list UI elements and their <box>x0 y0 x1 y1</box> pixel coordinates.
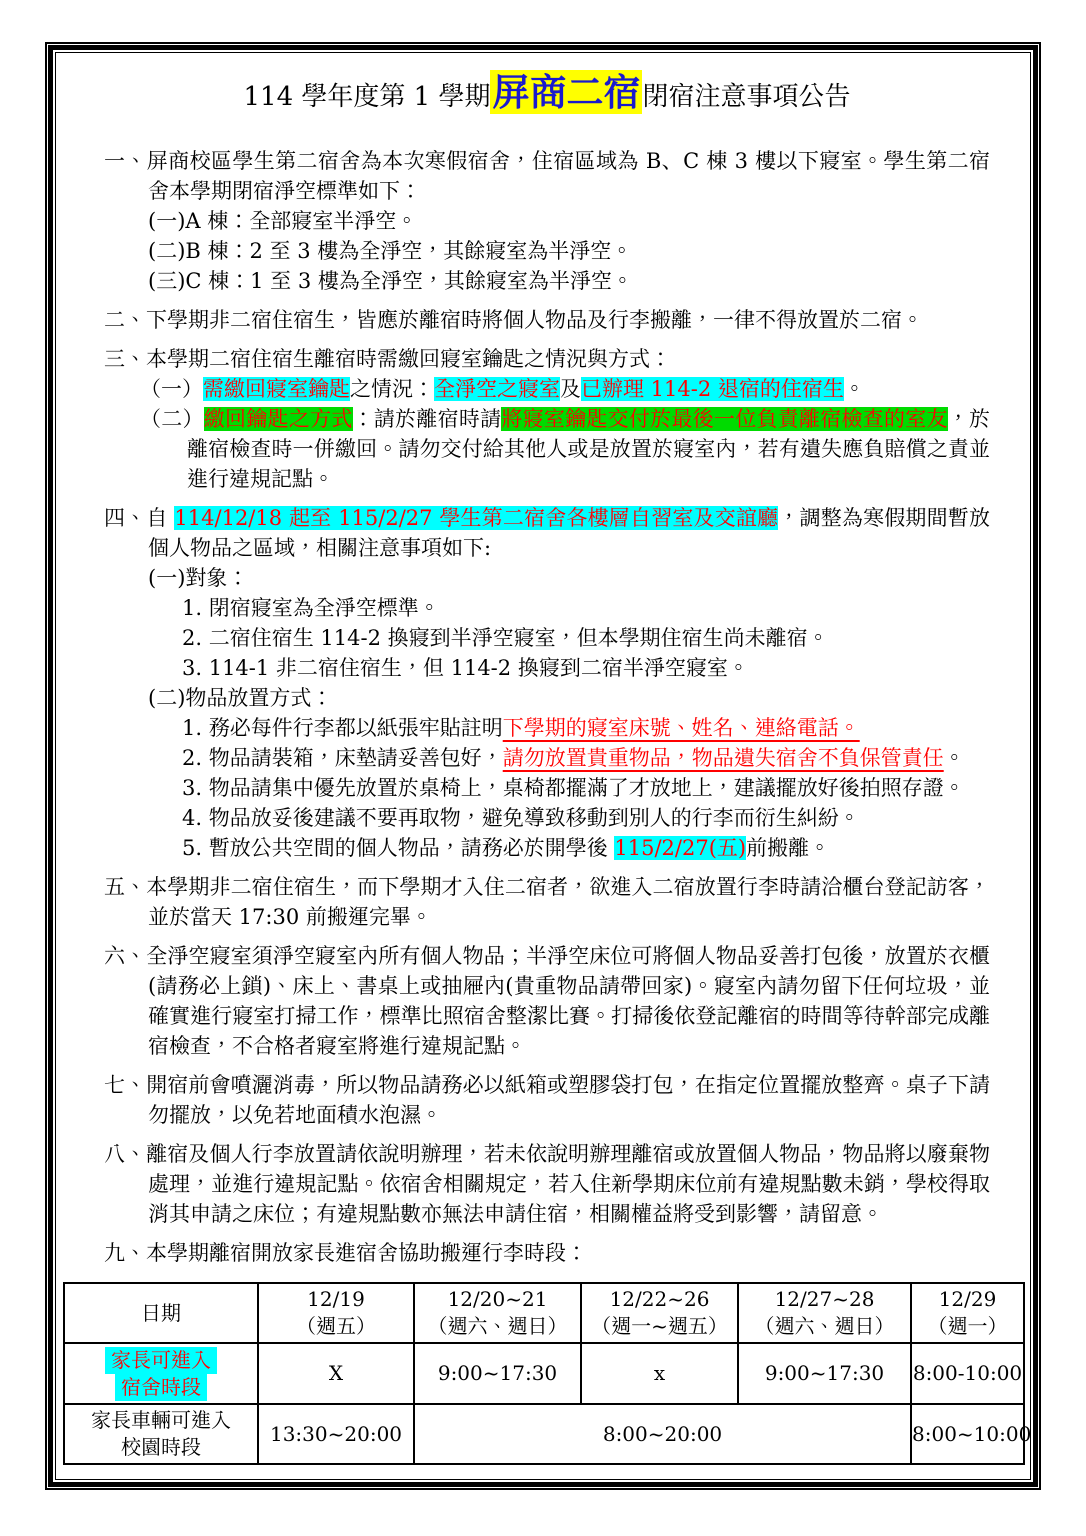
row-label-vehicle: 家長車輛可進入 校園時段 <box>64 1404 258 1464</box>
paragraph: 八、離宿及個人行李放置請依說明辦理，若未依說明辦理離宿或放置個人物品，物品將以廢… <box>104 1139 990 1229</box>
paragraph: 2. 二宿住宿生 114-2 換寢到半淨空寢室，但本學期住宿生尚未離宿。 <box>182 623 990 653</box>
header-cell-1229: 12/29 （週一） <box>911 1283 1024 1343</box>
text-run: （一） <box>140 377 203 401</box>
paragraph: 五、本學期非二宿住宿生，而下學期才入住二宿者，欲進入二宿放置行李時請洽櫃台登記訪… <box>104 872 990 932</box>
header-date: 12/22~26 <box>582 1286 737 1313</box>
paragraph: 三、本學期二宿住宿生離宿時需繳回寢室鑰匙之情況與方式： <box>104 344 990 374</box>
text-run: 5. 暫放公共空間的個人物品，請務必於開學後 <box>182 836 614 860</box>
page-border-inner-line: 114 學年度第 1 學期屏商二宿閉宿注意事項公告 一、屏商校區學生第二宿舍為本… <box>55 52 1031 1480</box>
text-run: (一)對象： <box>148 566 248 590</box>
highlighted-text-run: 114/12/18 起至 115/2/27 學生第二宿舍各樓層自習室及交誼廳 <box>174 506 778 530</box>
header-date: 12/19 <box>259 1286 413 1313</box>
row-label-line2: 校園時段 <box>65 1434 257 1461</box>
paragraph: (三)C 棟：1 至 3 樓為全淨空，其餘寢室為半淨空。 <box>148 266 990 296</box>
row-vehicle-campus-access: 家長車輛可進入 校園時段 13:30~20:00 8:00~20:00 8:00… <box>64 1404 1024 1464</box>
header-date: 12/20~21 <box>415 1286 580 1313</box>
parent-access-schedule-table: 日期 12/19 （週五） 12/20~21 （週六、週日） 12/22~26 … <box>63 1282 1025 1465</box>
table-header-row: 日期 12/19 （週五） 12/20~21 （週六、週日） 12/22~26 … <box>64 1283 1024 1343</box>
header-cell-1222-26: 12/22~26 （週一~週五） <box>581 1283 738 1343</box>
text-run: 七、開宿前會噴灑消毒，所以物品請務必以紙箱或塑膠袋打包，在指定位置擺放整齊。桌子… <box>104 1073 990 1127</box>
header-day: （週一） <box>912 1313 1023 1340</box>
paragraph: 九、本學期離宿開放家長進宿舍協助搬運行李時段： <box>104 1238 990 1268</box>
header-cell-1220-21: 12/20~21 （週六、週日） <box>414 1283 581 1343</box>
paragraph: (一)對象： <box>148 563 990 593</box>
title-highlighted-dorm-name: 屏商二宿 <box>490 70 642 114</box>
text-run: (一)A 棟：全部寢室半淨空。 <box>148 209 417 233</box>
header-day: （週一~週五） <box>582 1313 737 1340</box>
row-label-line1: 家長車輛可進入 <box>65 1407 257 1434</box>
title-suffix: 閉宿注意事項公告 <box>642 82 850 112</box>
row-label-parents-dorm: 家長可進入 宿舍時段 <box>64 1343 258 1404</box>
header-cell-1219: 12/19 （週五） <box>258 1283 414 1343</box>
paragraph: （二）繳回鑰匙之方式：請於離宿時請將寢室鑰匙交付於最後一位負責離宿檢查的室友，於… <box>140 404 990 494</box>
text-run: (二)B 棟：2 至 3 樓為全淨空，其餘寢室為半淨空。 <box>148 239 632 263</box>
text-run: 六、全淨空寢室須淨空寢室內所有個人物品；半淨空床位可將個人物品妥善打包後，放置於… <box>104 944 990 1058</box>
row-label-highlight-line2: 宿舍時段 <box>115 1374 207 1401</box>
text-run: 五、本學期非二宿住宿生，而下學期才入住二宿者，欲進入二宿放置行李時請洽櫃台登記訪… <box>104 875 990 929</box>
paragraph: 2. 物品請裝箱，床墊請妥善包好，請勿放置貴重物品，物品遺失宿舍不負保管責任。 <box>182 743 990 773</box>
paragraph: 3. 物品請集中優先放置於桌椅上，桌椅都擺滿了才放地上，建議擺放好後拍照存證。 <box>182 773 990 803</box>
highlighted-text-run: 請勿放置貴重物品，物品遺失宿舍不負保管責任 <box>503 746 944 770</box>
text-run: 前搬離。 <box>746 836 830 860</box>
highlighted-text-run: 115/2/27(五) <box>614 836 746 860</box>
document-body: 一、屏商校區學生第二宿舍為本次寒假宿舍，住宿區域為 B、C 棟 3 樓以下寢室。… <box>104 146 990 1268</box>
paragraph: 1. 務必每件行李都以紙張牢貼註明下學期的寢室床號、姓名、連絡電話。 <box>182 713 990 743</box>
paragraph: 七、開宿前會噴灑消毒，所以物品請務必以紙箱或塑膠袋打包，在指定位置擺放整齊。桌子… <box>104 1070 990 1130</box>
text-run: ：請於離宿時請 <box>353 407 502 431</box>
highlighted-text-run: 繳回鑰匙之方式 <box>204 407 353 431</box>
text-run: 三、本學期二宿住宿生離宿時需繳回寢室鑰匙之情況與方式： <box>104 347 671 371</box>
paragraph: 3. 114-1 非二宿住宿生，但 114-2 換寢到二宿半淨空寢室。 <box>182 653 990 683</box>
text-run: 。 <box>844 377 865 401</box>
text-run: 2. 二宿住宿生 114-2 換寢到半淨空寢室，但本學期住宿生尚未離宿。 <box>182 626 829 650</box>
text-run: 1. 閉宿寢室為全淨空標準。 <box>182 596 440 620</box>
paragraph: 5. 暫放公共空間的個人物品，請務必於開學後 115/2/27(五)前搬離。 <box>182 833 990 863</box>
header-day: （週六、週日） <box>739 1313 910 1340</box>
cell-vehicle-1220-28-merged: 8:00~20:00 <box>414 1404 911 1464</box>
text-run: 八、離宿及個人行李放置請依說明辦理，若未依說明辦理離宿或放置個人物品，物品將以廢… <box>104 1142 990 1226</box>
cell-vehicle-1219: 13:30~20:00 <box>258 1404 414 1464</box>
highlighted-text-run: 下學期的寢室床號、姓名、連絡電話。 <box>503 716 860 740</box>
row-parents-dorm-access: 家長可進入 宿舍時段 X 9:00~17:30 x 9:00~17:30 8:0… <box>64 1343 1024 1404</box>
text-run: 一、屏商校區學生第二宿舍為本次寒假宿舍，住宿區域為 B、C 棟 3 樓以下寢室。… <box>104 149 990 203</box>
paragraph: 二、下學期非二宿住宿生，皆應於離宿時將個人物品及行李搬離，一律不得放置於二宿。 <box>104 305 990 335</box>
page-title: 114 學年度第 1 學期屏商二宿閉宿注意事項公告 <box>104 67 990 122</box>
highlighted-text-run: 已辦理 114-2 退宿的住宿生 <box>581 377 844 401</box>
text-run: 四、自 <box>104 506 174 530</box>
header-date: 12/27~28 <box>739 1286 910 1313</box>
text-run: 1. 務必每件行李都以紙張牢貼註明 <box>182 716 503 740</box>
cell-parents-1222-26: x <box>581 1343 738 1404</box>
page-border-frame: 114 學年度第 1 學期屏商二宿閉宿注意事項公告 一、屏商校區學生第二宿舍為本… <box>45 42 1041 1490</box>
text-run: 3. 114-1 非二宿住宿生，但 114-2 換寢到二宿半淨空寢室。 <box>182 656 749 680</box>
header-day: （週六、週日） <box>415 1313 580 1340</box>
highlighted-text-run: 將寢室鑰匙交付於最後一位負責離宿檢查的室友 <box>501 407 947 431</box>
paragraph: (一)A 棟：全部寢室半淨空。 <box>148 206 990 236</box>
cell-parents-1229: 8:00-10:00 <box>911 1343 1024 1404</box>
text-run: 2. 物品請裝箱，床墊請妥善包好， <box>182 746 503 770</box>
paragraph: (二)物品放置方式： <box>148 683 990 713</box>
paragraph: 1. 閉宿寢室為全淨空標準。 <box>182 593 990 623</box>
text-run: 之情況： <box>350 377 434 401</box>
header-cell-date-label: 日期 <box>64 1283 258 1343</box>
cell-parents-1227-28: 9:00~17:30 <box>738 1343 911 1404</box>
text-run: 4. 物品放妥後建議不要再取物，避免導致移動到別人的行李而衍生糾紛。 <box>182 806 860 830</box>
header-day: （週五） <box>259 1313 413 1340</box>
text-run: (二)物品放置方式： <box>148 686 332 710</box>
paragraph: 六、全淨空寢室須淨空寢室內所有個人物品；半淨空床位可將個人物品妥善打包後，放置於… <box>104 941 990 1061</box>
header-cell-1227-28: 12/27~28 （週六、週日） <box>738 1283 911 1343</box>
header-date: 12/29 <box>912 1286 1023 1313</box>
paragraph: (二)B 棟：2 至 3 樓為全淨空，其餘寢室為半淨空。 <box>148 236 990 266</box>
page-border-thick-line: 114 學年度第 1 學期屏商二宿閉宿注意事項公告 一、屏商校區學生第二宿舍為本… <box>48 45 1038 1487</box>
document-content: 114 學年度第 1 學期屏商二宿閉宿注意事項公告 一、屏商校區學生第二宿舍為本… <box>56 53 1030 1465</box>
cell-parents-1219: X <box>258 1343 414 1404</box>
title-prefix: 114 學年度第 1 學期 <box>244 82 491 112</box>
cell-parents-1220-21: 9:00~17:30 <box>414 1343 581 1404</box>
row-label-highlight-line1: 家長可進入 <box>105 1347 217 1374</box>
highlighted-text-run: 全淨空之寢室 <box>434 377 560 401</box>
highlighted-text-run: 需繳回寢室鑰匙 <box>203 377 350 401</box>
text-run: 二、下學期非二宿住宿生，皆應於離宿時將個人物品及行李搬離，一律不得放置於二宿。 <box>104 308 923 332</box>
cell-vehicle-1229: 8:00~10:00 <box>911 1404 1024 1464</box>
paragraph: 四、自 114/12/18 起至 115/2/27 學生第二宿舍各樓層自習室及交… <box>104 503 990 563</box>
text-run: (三)C 棟：1 至 3 樓為全淨空，其餘寢室為半淨空。 <box>148 269 633 293</box>
text-run: （二） <box>140 407 204 431</box>
paragraph: （一）需繳回寢室鑰匙之情況：全淨空之寢室及已辦理 114-2 退宿的住宿生。 <box>140 374 990 404</box>
text-run: 。 <box>944 746 965 770</box>
paragraph: 一、屏商校區學生第二宿舍為本次寒假宿舍，住宿區域為 B、C 棟 3 樓以下寢室。… <box>104 146 990 206</box>
text-run: 九、本學期離宿開放家長進宿舍協助搬運行李時段： <box>104 1241 587 1265</box>
text-run: 及 <box>560 377 581 401</box>
paragraph: 4. 物品放妥後建議不要再取物，避免導致移動到別人的行李而衍生糾紛。 <box>182 803 990 833</box>
text-run: 3. 物品請集中優先放置於桌椅上，桌椅都擺滿了才放地上，建議擺放好後拍照存證。 <box>182 776 965 800</box>
